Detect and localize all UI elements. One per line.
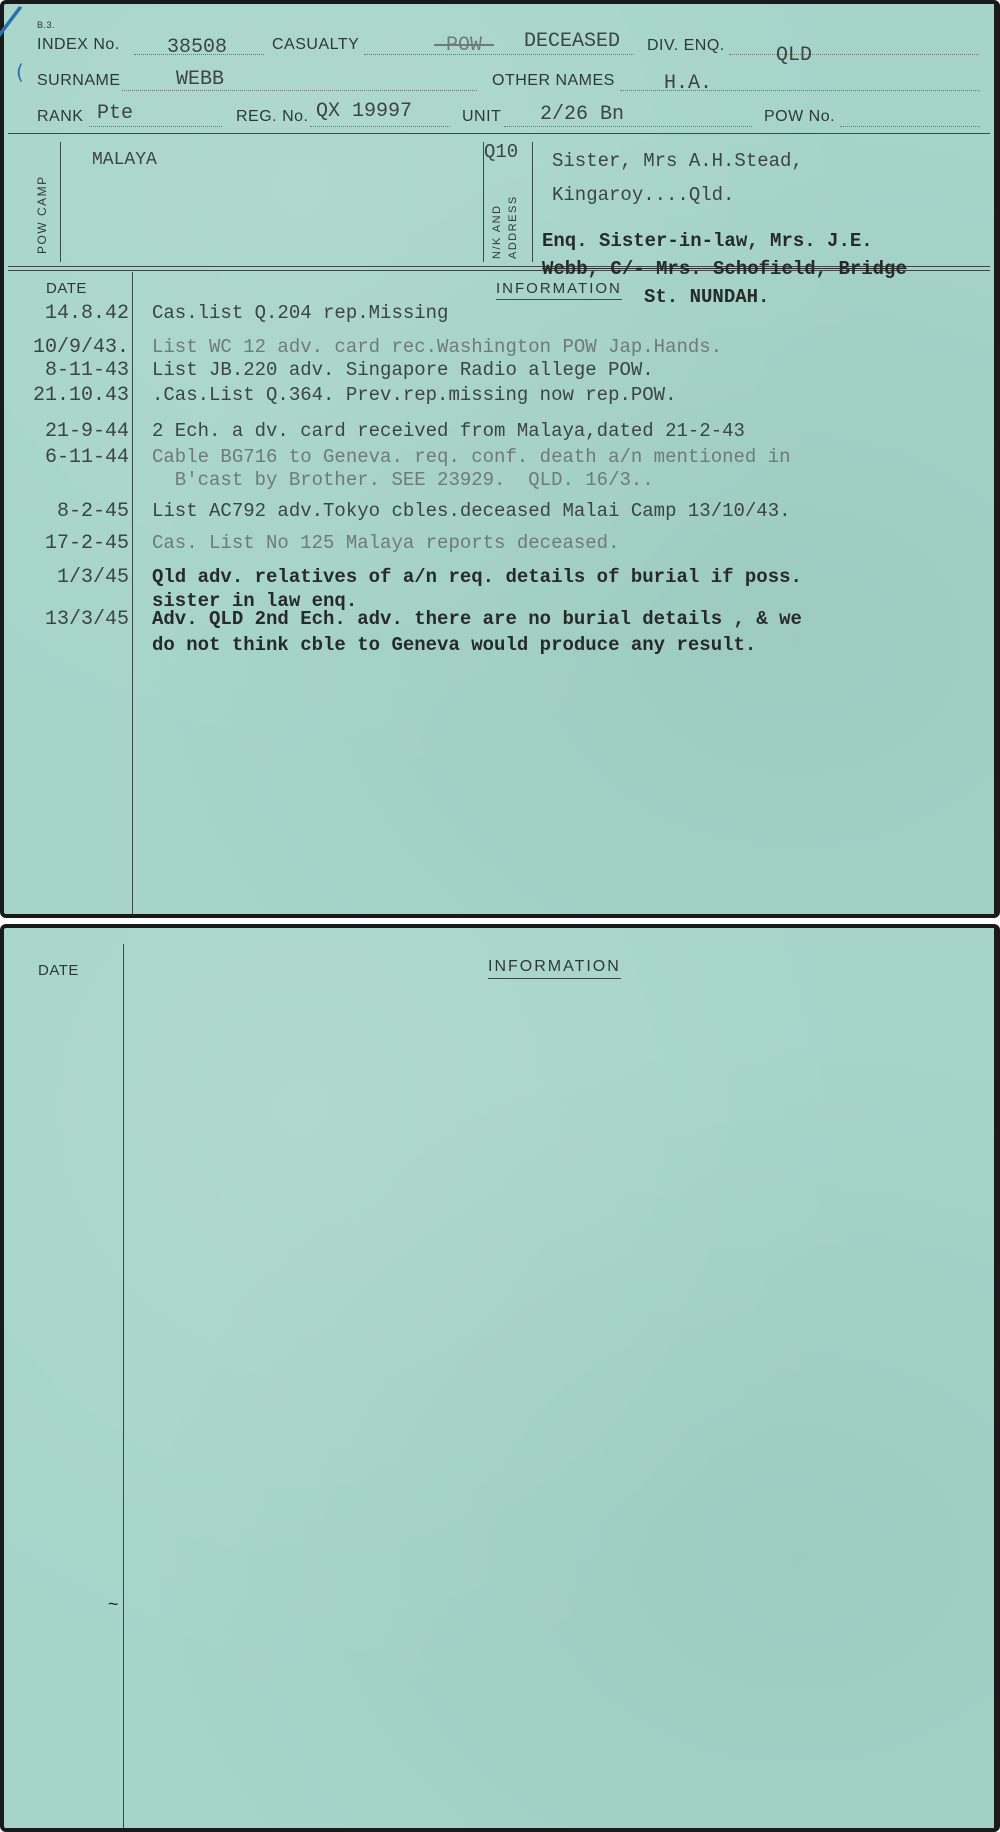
form-code: B.3. [37, 20, 55, 30]
index-label: INDEX No. [37, 36, 120, 54]
rank-value: Pte [97, 102, 133, 125]
entry-date: 21-9-44 [4, 420, 129, 443]
casualty-value: DECEASED [524, 30, 620, 53]
casualty-label: CASUALTY [272, 36, 359, 54]
div-enq-value: QLD [776, 44, 812, 67]
pow-camp-label: POW CAMP [35, 154, 49, 254]
card-back: DATE INFORMATION ~ [0, 924, 1000, 1832]
enquirer-line-1: Enq. Sister-in-law, Mrs. J.E. [542, 230, 873, 252]
pen-check-mark-icon: ( [16, 60, 24, 84]
entry-text: Cas.list Q.204 rep.Missing [152, 302, 448, 324]
nok-label-line2: ADDRESS [507, 164, 519, 259]
entry-date: 17-2-45 [4, 532, 129, 555]
unit-label: UNIT [462, 108, 501, 126]
entry-date: 1/3/45 [4, 566, 129, 589]
surname-value: WEBB [176, 68, 224, 91]
entry-text: List AC792 adv.Tokyo cbles.deceased Mala… [152, 500, 791, 522]
unit-value: 2/26 Bn [540, 103, 624, 126]
nok-label-line1: N/K AND [491, 169, 503, 259]
entry-text: .Cas.List Q.364. Prev.rep.missing now re… [152, 384, 677, 406]
surname-label: SURNAME [37, 72, 121, 90]
entry-date: 6-11-44 [4, 446, 129, 469]
card-front: / ( B.3. INDEX No. 38508 CASUALTY -POW- … [0, 0, 1000, 918]
casualty-struck-value: -POW- [434, 34, 494, 57]
entry-date: 14.8.42 [4, 302, 129, 325]
entry-text: Adv. QLD 2nd Ech. adv. there are no buri… [152, 608, 802, 630]
enquirer-line-3: St. NUNDAH. [644, 286, 769, 308]
entry-date: 8-11-43 [4, 359, 129, 382]
pow-camp-value: MALAYA [92, 150, 157, 170]
entry-date: 13/3/45 [4, 608, 129, 631]
entry-text: 2 Ech. a dv. card received from Malaya,d… [152, 420, 745, 442]
div-enq-label: DIV. ENQ. [647, 37, 725, 55]
enquirer-line-2-struck: Webb, C/- Mrs. Schofield, Bridge [542, 258, 907, 280]
back-date-heading: DATE [38, 962, 79, 979]
other-names-value: H.A. [664, 72, 712, 95]
entry-text: Qld adv. relatives of a/n req. details o… [152, 566, 802, 588]
entry-text: Cas. List No 125 Malaya reports deceased… [152, 532, 619, 554]
entry-text: Cable BG716 to Geneva. req. conf. death … [152, 446, 791, 468]
reg-no-label: REG. No. [236, 108, 308, 126]
pow-no-label: POW No. [764, 108, 835, 126]
index-value: 38508 [167, 36, 227, 59]
date-heading: DATE [46, 280, 87, 297]
pen-tick-mark-icon: / [0, 0, 25, 48]
nok-line-1: Sister, Mrs A.H.Stead, [552, 150, 803, 172]
entry-text: List JB.220 adv. Singapore Radio allege … [152, 359, 654, 381]
entry-text: B'cast by Brother. SEE 23929. QLD. 16/3.… [152, 469, 654, 491]
entry-text: List WC 12 adv. card rec.Washington POW … [152, 336, 722, 358]
entry-text: do not think cble to Geneva would produc… [152, 634, 756, 656]
entry-date: 10/9/43. [4, 336, 129, 359]
ink-mark: ~ [108, 1594, 119, 1615]
information-heading: INFORMATION [496, 280, 622, 300]
reg-no-value: QX 19997 [316, 100, 412, 123]
rank-label: RANK [37, 108, 83, 126]
entry-date: 8-2-45 [4, 500, 129, 523]
nok-line-2: Kingaroy....Qld. [552, 184, 734, 206]
other-names-label: OTHER NAMES [492, 72, 615, 90]
back-information-heading: INFORMATION [488, 958, 621, 979]
entry-date: 21.10.43 [4, 384, 129, 407]
nok-code: Q10 [484, 141, 518, 163]
